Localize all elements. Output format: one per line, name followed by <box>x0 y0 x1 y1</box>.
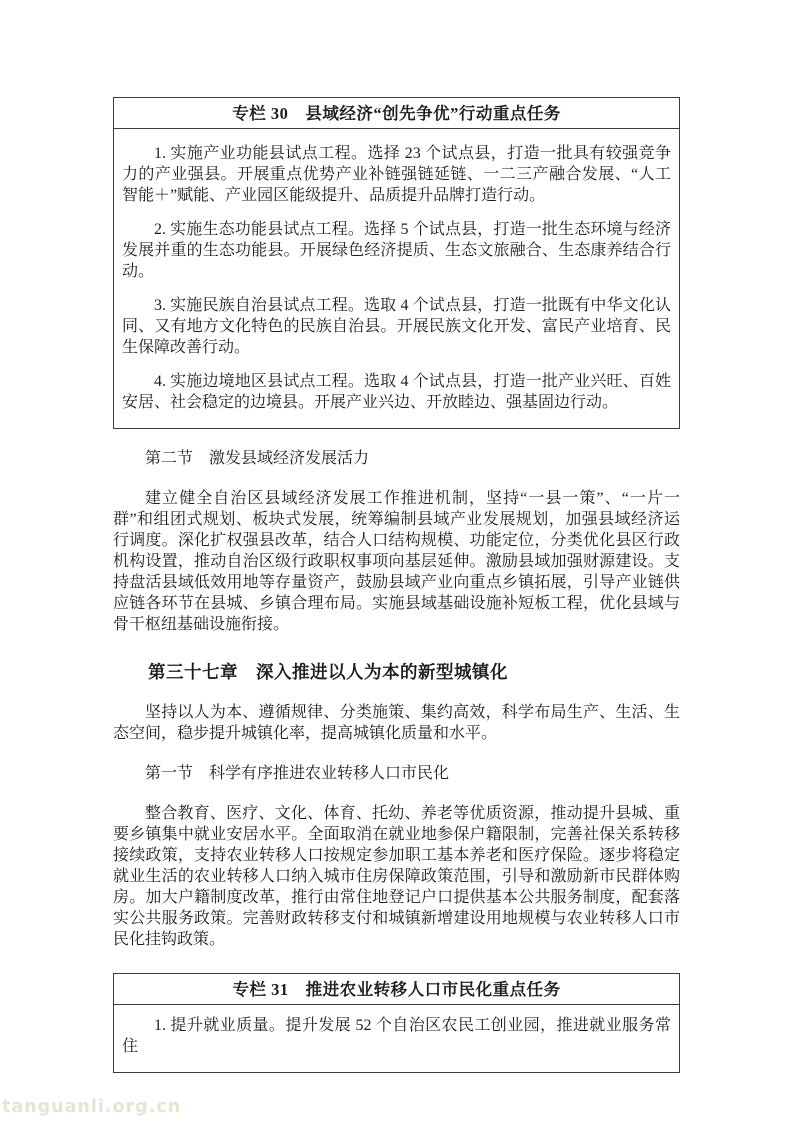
section-2-heading: 第二节 激发县域经济发展活力 <box>145 448 680 469</box>
document-content: 专栏 30 县域经济“创先争优”行动重点任务 1. 实施产业功能县试点工程。选择… <box>113 97 680 1073</box>
chapter-37-heading: 第三十七章 深入推进以人为本的新型城镇化 <box>148 662 680 683</box>
column-box-31-body: 1. 提升就业质量。提升发展 52 个自治区农民工创业园，推进就业服务常住 <box>114 1005 679 1072</box>
column-box-30-item-4: 4. 实施边境地区县试点工程。选取 4 个试点县，打造一批产业兴旺、百姓安居、社… <box>122 371 671 413</box>
document-page: 专栏 30 县域经济“创先争优”行动重点任务 1. 实施产业功能县试点工程。选择… <box>0 0 793 1122</box>
section-1-paragraph: 整合教育、医疗、文化、体育、托幼、养老等优质资源，推动提升县城、重要乡镇集中就业… <box>113 803 680 950</box>
section-1-heading: 第一节 科学有序推进农业转移人口市民化 <box>145 763 680 784</box>
column-box-31-item-1: 1. 提升就业质量。提升发展 52 个自治区农民工创业园，推进就业服务常住 <box>122 1015 671 1057</box>
column-box-31: 专栏 31 推进农业转移人口市民化重点任务 1. 提升就业质量。提升发展 52 … <box>113 973 680 1073</box>
column-box-30-item-2: 2. 实施生态功能县试点工程。选择 5 个试点县，打造一批生态环境与经济发展并重… <box>122 219 671 282</box>
column-box-30-item-1: 1. 实施产业功能县试点工程。选择 23 个试点县，打造一批具有较强竞争力的产业… <box>122 143 671 206</box>
section-2-paragraph: 建立健全自治区县域经济发展工作推进机制，坚持“一县一策”、“一片一群”和组团式规… <box>113 488 680 635</box>
column-box-30-body: 1. 实施产业功能县试点工程。选择 23 个试点县，打造一批具有较强竞争力的产业… <box>114 129 679 428</box>
column-box-30: 专栏 30 县域经济“创先争优”行动重点任务 1. 实施产业功能县试点工程。选择… <box>113 97 680 429</box>
column-box-30-item-3: 3. 实施民族自治县试点工程。选取 4 个试点县，打造一批既有中华文化认同、又有… <box>122 295 671 358</box>
site-watermark: tanguanli.org.cn <box>2 1097 181 1118</box>
column-box-30-title: 专栏 30 县域经济“创先争优”行动重点任务 <box>114 98 679 129</box>
column-box-31-title: 专栏 31 推进农业转移人口市民化重点任务 <box>114 974 679 1005</box>
chapter-37-paragraph: 坚持以人为本、遵循规律、分类施策、集约高效，科学布局生产、生活、生态空间，稳步提… <box>113 702 680 744</box>
